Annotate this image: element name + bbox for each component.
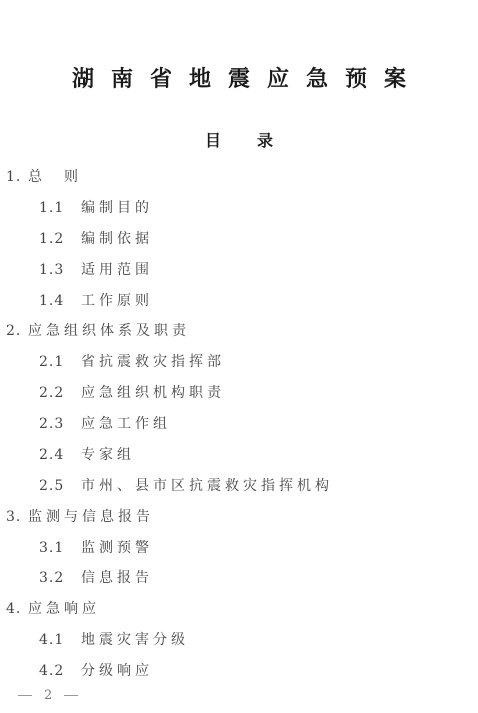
toc-item-number: 2.2 [39,385,81,401]
toc-item-4-2[interactable]: 4.2分级响应 [39,660,153,680]
toc-item-number: 4.1 [39,632,81,648]
toc-item-label: 专家组 [81,447,135,463]
toc-item-3-2[interactable]: 3.2信息报告 [39,567,153,587]
toc-item-2-1[interactable]: 2.1省抗震救灾指挥部 [39,351,225,371]
toc-item-label: 监测预警 [81,540,153,556]
toc-item-label: 工作原则 [81,293,153,309]
toc-item-4-1[interactable]: 4.1地震灾害分级 [39,629,189,649]
toc-item-label: 市州、县市区抗震救灾指挥机构 [81,478,333,494]
toc-item-number: 1.2 [39,231,81,247]
toc-item-2-3[interactable]: 2.3应急工作组 [39,413,171,433]
toc-item-2-5[interactable]: 2.5市州、县市区抗震救灾指挥机构 [39,475,333,495]
footer-dash-left [18,695,32,696]
toc-item-3-1[interactable]: 3.1监测预警 [39,537,153,557]
toc-item-number: 1. [6,169,28,185]
toc-item-number: 3.2 [39,570,81,586]
toc-item-label: 应急工作组 [81,416,171,432]
toc-item-number: 4.2 [39,663,81,679]
document-title: 湖南省地震应急预案 [0,62,478,93]
toc-item-number: 1.3 [39,262,81,278]
toc-item-1-2[interactable]: 1.2编制依据 [39,228,153,248]
toc-item-1[interactable]: 1.总 则 [6,166,82,186]
toc-item-number: 1.4 [39,293,81,309]
toc-item-1-3[interactable]: 1.3适用范围 [39,259,153,279]
toc-item-label: 编制依据 [81,231,153,247]
toc-item-label: 监测与信息报告 [28,509,154,525]
page-number: 2 [44,688,52,703]
toc-item-number: 2.5 [39,478,81,494]
toc-item-label: 总 则 [28,169,82,185]
toc-item-4[interactable]: 4.应急响应 [6,598,100,618]
toc-heading-right: 录 [257,131,273,150]
toc-item-label: 应急组织机构职责 [81,385,225,401]
toc-item-label: 应急响应 [28,601,100,617]
toc-item-number: 3.1 [39,540,81,556]
toc-item-number: 2.3 [39,416,81,432]
toc-item-2-4[interactable]: 2.4专家组 [39,444,135,464]
toc-item-label: 应急组织体系及职责 [28,323,190,339]
toc-item-label: 编制目的 [81,200,153,216]
toc-item-number: 2.4 [39,447,81,463]
toc-item-number: 2.1 [39,354,81,370]
toc-item-number: 2. [6,323,28,339]
toc-item-2-2[interactable]: 2.2应急组织机构职责 [39,382,225,402]
toc-item-1-4[interactable]: 1.4工作原则 [39,290,153,310]
toc-item-label: 省抗震救灾指挥部 [81,354,225,370]
toc-heading: 目录 [0,128,478,151]
toc-heading-left: 目 [205,131,221,150]
toc-item-label: 信息报告 [81,570,153,586]
footer-dash-right [64,695,78,696]
toc-item-label: 适用范围 [81,262,153,278]
toc-item-3[interactable]: 3.监测与信息报告 [6,506,154,526]
toc-item-number: 1.1 [39,200,81,216]
toc-item-number: 4. [6,601,28,617]
toc-item-label: 分级响应 [81,663,153,679]
toc-item-number: 3. [6,509,28,525]
toc-item-1-1[interactable]: 1.1编制目的 [39,197,153,217]
toc-item-2[interactable]: 2.应急组织体系及职责 [6,320,190,340]
page-footer: 2 [18,688,78,703]
toc-item-label: 地震灾害分级 [81,632,189,648]
